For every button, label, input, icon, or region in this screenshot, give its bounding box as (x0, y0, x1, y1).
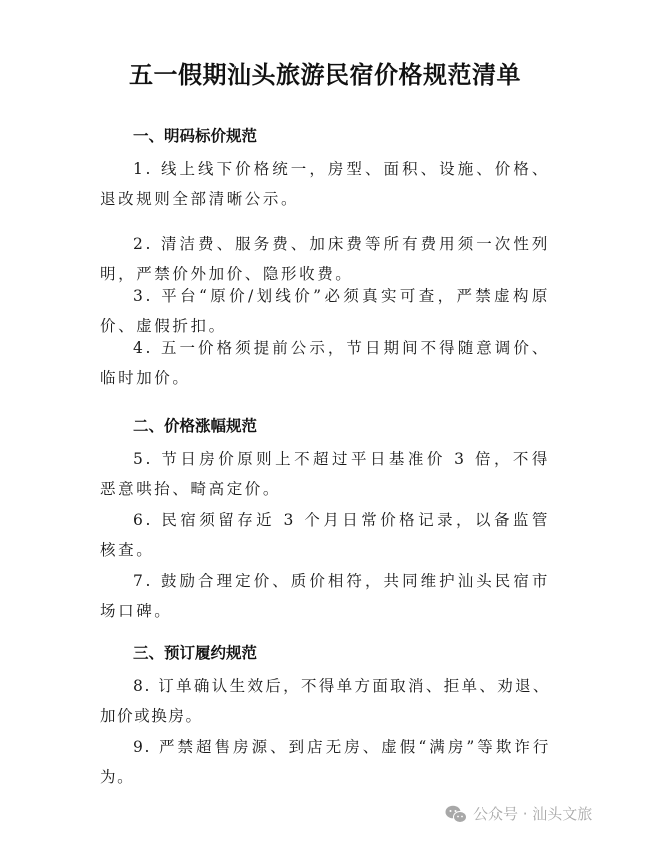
rule-item-4: 4. 五一价格须提前公示，节日期间不得随意调价、临时加价。 (100, 333, 550, 393)
wechat-icon (445, 805, 467, 823)
document-title: 五一假期汕头旅游民宿价格规范清单 (100, 55, 550, 90)
watermark-text: 公众号 · 汕头文旅 (473, 803, 592, 824)
wechat-watermark: 公众号 · 汕头文旅 (445, 803, 592, 824)
rule-item-1: 1. 线上线下价格统一，房型、面积、设施、价格、退改规则全部清晰公示。 (100, 154, 550, 214)
section-heading-price-increase: 二、价格涨幅规范 (133, 414, 257, 436)
rule-item-5: 5. 节日房价原则上不超过平日基准价 3 倍，不得恶意哄抬、畸高定价。 (100, 444, 550, 504)
rule-item-6: 6. 民宿须留存近 3 个月日常价格记录，以备监管核查。 (100, 505, 550, 565)
rule-item-8: 8. 订单确认生效后，不得单方面取消、拒单、劝退、加价或换房。 (100, 671, 550, 731)
rule-item-2: 2. 清洁费、服务费、加床费等所有费用须一次性列明，严禁价外加价、隐形收费。 (100, 229, 550, 289)
section-heading-booking-fulfillment: 三、预订履约规范 (133, 641, 257, 663)
section-heading-price-labeling: 一、明码标价规范 (133, 124, 257, 146)
rule-item-9: 9. 严禁超售房源、到店无房、虚假“满房”等欺诈行为。 (100, 732, 550, 792)
rule-item-3: 3. 平台“原价/划线价”必须真实可查，严禁虚构原价、虚假折扣。 (100, 281, 550, 341)
rule-item-7: 7. 鼓励合理定价、质价相符，共同维护汕头民宿市场口碑。 (100, 566, 550, 626)
